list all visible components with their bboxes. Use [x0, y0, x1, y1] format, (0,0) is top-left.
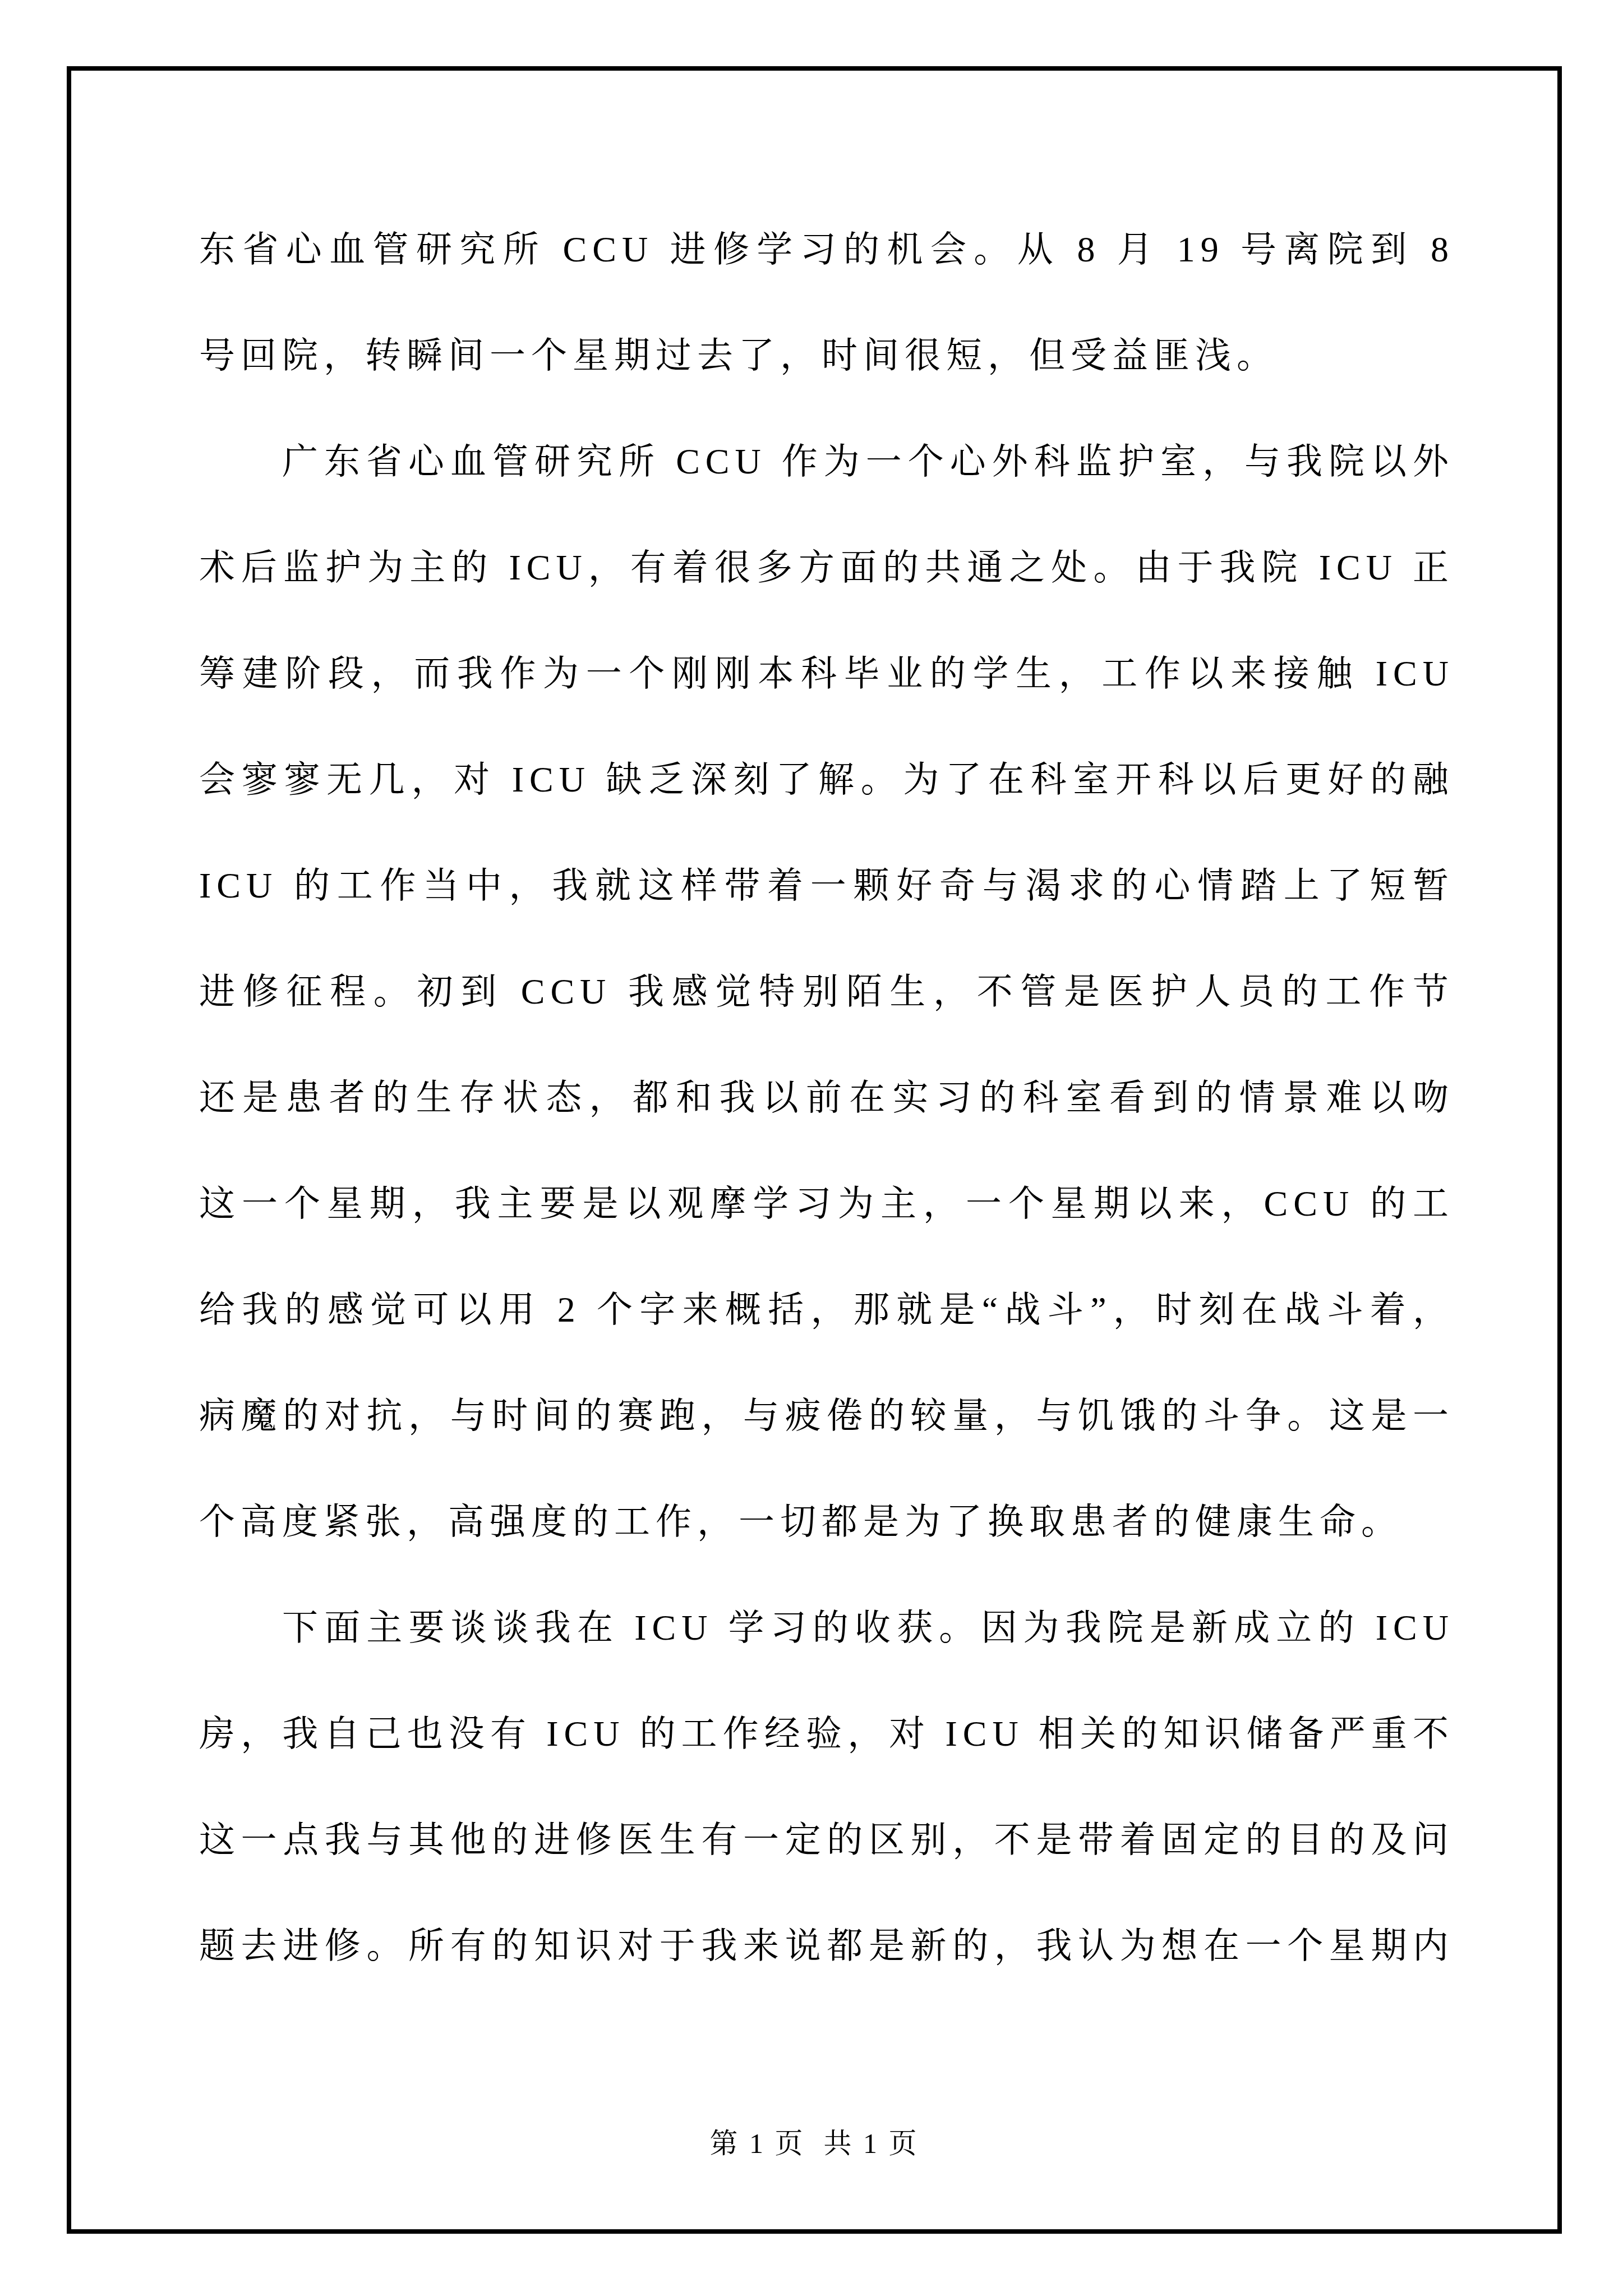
paragraph-line: 筹建阶段，而我作为一个刚刚本科毕业的学生，工作以来接触 ICU 机 — [199, 620, 1454, 726]
paragraph-line: 东省心血管研究所 CCU 进修学习的机会。从 8 月 19 号离院到 8 月 2… — [199, 196, 1454, 302]
paragraph-line: 术后监护为主的 ICU，有着很多方面的共通之处。由于我院 ICU 正在 — [199, 514, 1454, 620]
paragraph-line: 还是患者的生存状态，都和我以前在实习的科室看到的情景难以吻合。 — [199, 1045, 1454, 1151]
paragraph-line: 这一个星期，我主要是以观摩学习为主，一个星期以来，CCU 的工作 — [199, 1151, 1454, 1257]
paragraph-line: 房，我自己也没有 ICU 的工作经验，对 ICU 相关的知识储备严重不足。 — [199, 1681, 1454, 1787]
document-body: 东省心血管研究所 CCU 进修学习的机会。从 8 月 19 号离院到 8 月 2… — [199, 196, 1454, 1999]
paragraph-line: 题去进修。所有的知识对于我来说都是新的，我认为想在一个星期内 — [199, 1893, 1454, 1999]
page-footer: 第 1 页 共 1 页 — [67, 2126, 1562, 2161]
paragraph-line: 这一点我与其他的进修医生有一定的区别，不是带着固定的目的及问 — [199, 1787, 1454, 1893]
paragraph-line: 会寥寥无几，对 ICU 缺乏深刻了解。为了在科室开科以后更好的融入 — [199, 726, 1454, 832]
paragraph-line: 下面主要谈谈我在 ICU 学习的收获。因为我院是新成立的 ICU 病 — [199, 1575, 1454, 1681]
paragraph-line: ICU 的工作当中，我就这样带着一颗好奇与渴求的心情踏上了短暂的 — [199, 832, 1454, 938]
paragraph-line: 病魔的对抗，与时间的赛跑，与疲倦的较量，与饥饿的斗争。这是一 — [199, 1363, 1454, 1469]
paragraph-line: 进修征程。初到 CCU 我感觉特别陌生，不管是医护人员的工作节奏， — [199, 938, 1454, 1045]
paragraph-line: 广东省心血管研究所 CCU 作为一个心外科监护室，与我院以外科 — [199, 408, 1454, 514]
paragraph-line: 给我的感觉可以用 2 个字来概括，那就是“战斗”，时刻在战斗着，与 — [199, 1257, 1454, 1363]
paragraph-line: 号回院，转瞬间一个星期过去了，时间很短，但受益匪浅。 — [199, 302, 1454, 408]
paragraph-line: 个高度紧张，高强度的工作，一切都是为了换取患者的健康生命。 — [199, 1469, 1454, 1575]
